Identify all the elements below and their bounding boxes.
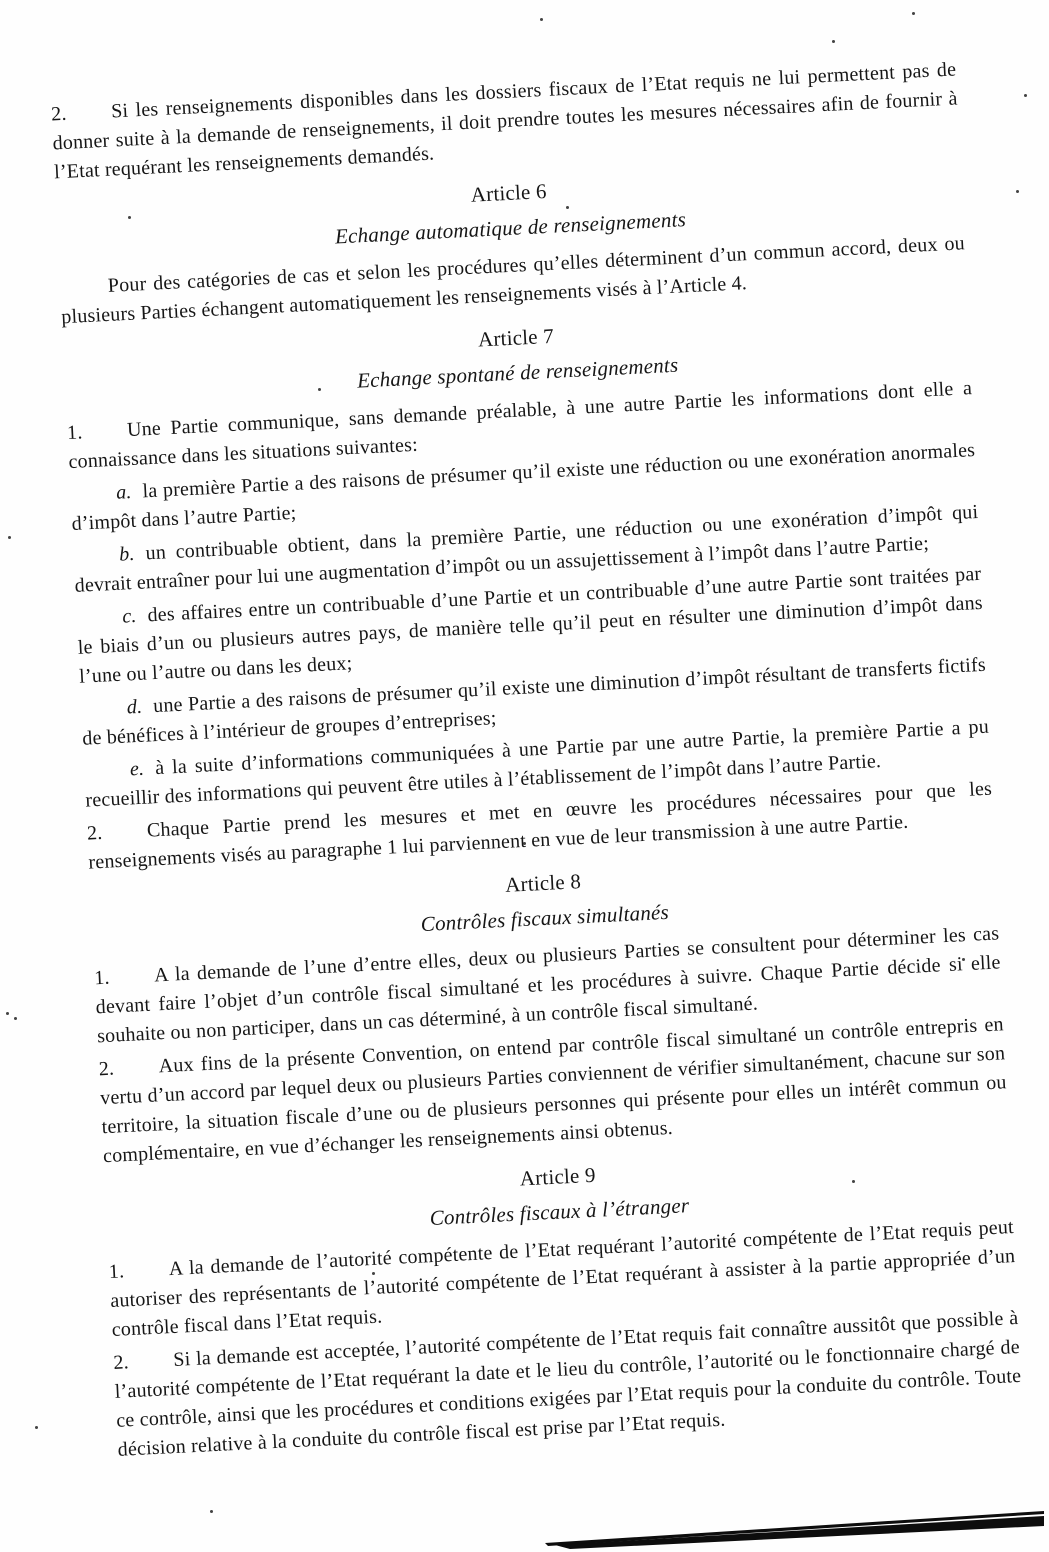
document-page: 2.Si les renseignements disponibles dans… [0,0,1049,1552]
list-item-letter: b. [119,543,135,566]
scan-speck [8,536,11,539]
paragraph-number: 2. [86,817,147,849]
list-item-letter: d. [126,696,142,719]
scan-speck [832,40,835,43]
scan-speck [852,1180,855,1183]
scan-speck [318,388,321,391]
paragraph-number: 1. [66,416,127,448]
scan-speck [35,1426,38,1429]
article-section-9: Article 9 Contrôles fiscaux à l’étranger… [105,1140,1024,1465]
list-item-letter: c. [122,605,137,628]
scan-speck [6,1012,9,1015]
paragraph-number: 1. [94,961,155,993]
document-text-block: 2.Si les renseignements disponibles dans… [51,55,1024,1468]
article-section-6: Article 6 Echange automatique de renseig… [56,156,967,332]
scan-speck [540,18,543,21]
paragraph-number: 2. [113,1346,174,1378]
list-item-letter: e. [129,758,144,781]
paragraph-number: 2. [51,98,112,130]
article-section-7: Article 7 Echange spontané de renseignem… [63,301,994,877]
scan-speck [1016,190,1019,193]
scan-speck [962,958,965,961]
paragraph-number: 2. [98,1052,159,1084]
article-section-8: Article 8 Contrôles fiscaux simultanés 1… [90,846,1009,1171]
scan-speck [912,12,915,15]
scan-speck [14,1017,17,1020]
scan-speck [523,842,526,845]
ink-line-artifact [535,1505,1049,1552]
scan-speck [372,1272,375,1275]
list-item-letter: a. [116,481,132,504]
scan-speck [128,216,131,219]
scan-speck [1024,94,1027,97]
paragraph-number: 1. [108,1255,169,1287]
scan-speck [210,1510,213,1513]
scan-speck [566,206,569,209]
